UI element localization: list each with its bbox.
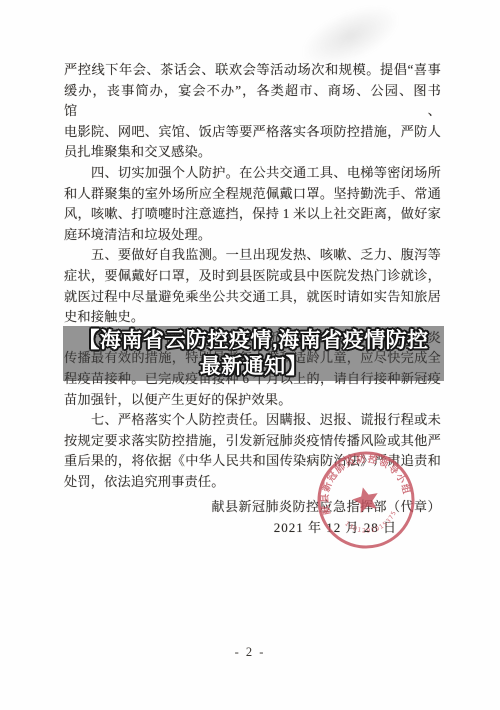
paragraph-lines: 严控线下年会、茶话会、联欢会等活动场次和规模。提倡“喜事缓办，丧事简办，宴会不办…: [64, 60, 441, 492]
overlay-title-line1: 【海南省云防控疫情,海南省疫情防控: [78, 328, 428, 354]
text-line: 缓办，丧事简办，宴会不办”，各类超市、商场、公园、图书馆、: [64, 81, 441, 122]
text-line: 七、严格落实个人防控责任。因瞒报、迟报、谎报行程或未: [64, 410, 441, 431]
text-line: 按规定要求落实防控措施，引发新冠肺炎疫情传播风险或其他严: [64, 431, 441, 452]
page-number: - 2 -: [0, 645, 500, 660]
date-line: 2021 年 12 月 28 日: [64, 518, 441, 539]
text-line: 五、要做好自我监测。一旦出现发热、咳嗽、乏力、腹泻等: [64, 245, 441, 266]
text-line: 员扎堆聚集和交叉感染。: [64, 142, 441, 163]
overlay-title-line2: 最新通知】: [200, 354, 308, 380]
title-overlay-banner: 【海南省云防控疫情,海南省疫情防控 最新通知】: [63, 326, 444, 381]
text-line: 症状，要佩戴好口罩，及时到县医院或县中医院发热门诊就诊，: [64, 266, 441, 287]
document-page: 严控线下年会、茶话会、联欢会等活动场次和规模。提倡“喜事缓办，丧事简办，宴会不办…: [0, 0, 500, 710]
text-line: 严控线下年会、茶话会、联欢会等活动场次和规模。提倡“喜事: [64, 60, 441, 81]
body-text: 严控线下年会、茶话会、联欢会等活动场次和规模。提倡“喜事缓办，丧事简办，宴会不办…: [64, 60, 441, 539]
text-line: 史和接触史。: [64, 307, 441, 328]
text-line: 就医过程中尽量避免乘坐公共交通工具，就医时请如实告知旅居: [64, 287, 441, 308]
text-line: 和人群聚集的室外场所应全程规范佩戴口罩。坚持勤洗手、常通: [64, 184, 441, 205]
text-line: 处罚，依法追究刑事责任。: [64, 472, 441, 493]
text-line: 电影院、网吧、宾馆、饭店等要严格落实各项防控措施，严防人: [64, 122, 441, 143]
text-line: 苗加强针，以便产生更好的保护效果。: [64, 390, 441, 411]
text-line: 四、切实加强个人防护。在公共交通工具、电梯等密闭场所: [64, 163, 441, 184]
text-line: 重后果的，将依据《中华人民共和国传染病防治法》严肃追责和: [64, 451, 441, 472]
signature-line: 献县新冠肺炎防控应急指挥部（代章）: [64, 497, 441, 518]
text-line: 庭环境清洁和垃圾处理。: [64, 225, 441, 246]
text-line: 风，咳嗽、打喷嚏时注意遮挡，保持 1 米以上社交距离，做好家: [64, 204, 441, 225]
